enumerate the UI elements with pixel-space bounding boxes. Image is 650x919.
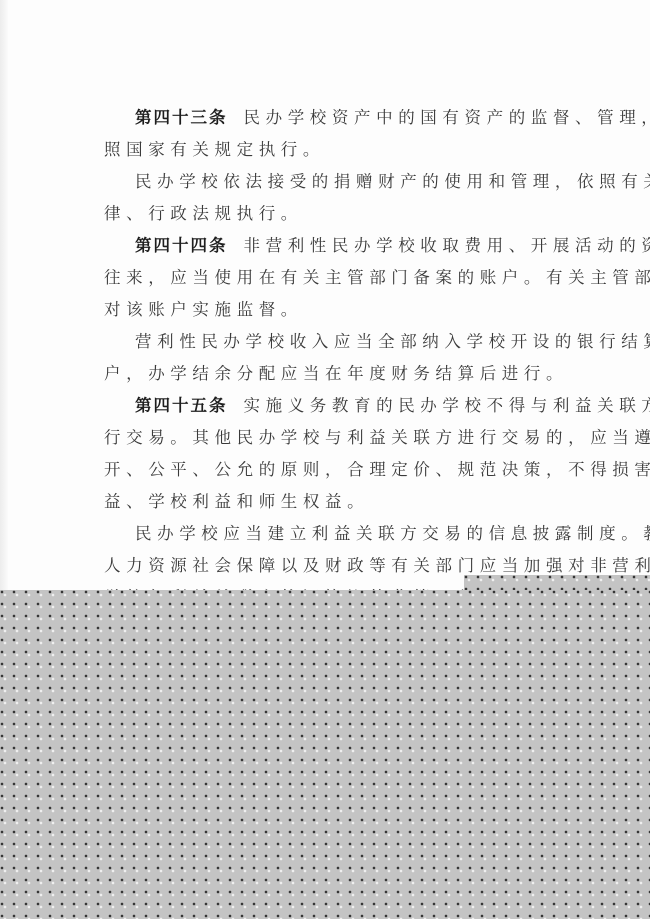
paragraph-line: 益、学校利益和师生权益。: [104, 492, 369, 512]
article-paragraph-line: 第四十三条民办学校资产中的国有资产的监督、管理，按: [135, 108, 650, 128]
line-text: 律、行政法规执行。: [104, 204, 303, 223]
paragraph-line: 营利性民办学校收入应当全部纳入学校开设的银行结算账: [135, 332, 650, 352]
paragraph-line: 照国家有关规定执行。: [104, 140, 325, 160]
article-number: 第四十四条: [135, 236, 228, 255]
line-text: 往来，应当使用在有关主管部门备案的账户。有关主管部门应当: [104, 268, 650, 287]
line-text: 民办学校依法接受的捐赠财产的使用和管理，依照有关法: [135, 172, 650, 191]
line-text: 益、学校利益和师生权益。: [104, 492, 369, 511]
article-number: 第四十三条: [135, 108, 228, 127]
transparency-mask-notch: [464, 575, 650, 591]
line-text: 民办学校应当建立利益关联方交易的信息披露制度。教育、: [135, 524, 650, 543]
paragraph-line: 户，办学结余分配应当在年度财务结算后进行。: [104, 364, 568, 384]
article-paragraph-line: 第四十四条非营利性民办学校收取费用、开展活动的资金: [135, 236, 650, 256]
paragraph-line: 民办学校依法接受的捐赠财产的使用和管理，依照有关法: [135, 172, 650, 192]
transparency-mask: [0, 590, 650, 919]
line-text: 非营利性民办学校收取费用、开展活动的资金: [244, 236, 650, 255]
paragraph-line: 往来，应当使用在有关主管部门备案的账户。有关主管部门应当: [104, 268, 650, 288]
line-text: 照国家有关规定执行。: [104, 140, 325, 159]
paragraph-line: 人力资源社会保障以及财政等有关部门应当加强对非营利性民办: [104, 556, 650, 576]
line-text: 民办学校资产中的国有资产的监督、管理，按: [244, 108, 650, 127]
article-number: 第四十五条: [135, 396, 228, 415]
line-text: 开、公平、公允的原则，合理定价、规范决策，不得损害国家利: [104, 460, 650, 479]
article-paragraph-line: 第四十五条实施义务教育的民办学校不得与利益关联方进: [135, 396, 650, 416]
line-text: 营利性民办学校收入应当全部纳入学校开设的银行结算账: [135, 332, 650, 351]
paragraph-line: 对该账户实施监督。: [104, 300, 303, 320]
line-text: 人力资源社会保障以及财政等有关部门应当加强对非营利性民办: [104, 556, 650, 575]
paragraph-line: 律、行政法规执行。: [104, 204, 303, 224]
paragraph-line: 开、公平、公允的原则，合理定价、规范决策，不得损害国家利: [104, 460, 650, 480]
paragraph-line: 行交易。其他民办学校与利益关联方进行交易的，应当遵循公: [104, 428, 650, 448]
document-page: 第四十三条民办学校资产中的国有资产的监督、管理，按照国家有关规定执行。民办学校依…: [0, 0, 650, 919]
line-text: 行交易。其他民办学校与利益关联方进行交易的，应当遵循公: [104, 428, 650, 447]
paragraph-line: 民办学校应当建立利益关联方交易的信息披露制度。教育、: [135, 524, 650, 544]
line-text: 户，办学结余分配应当在年度财务结算后进行。: [104, 364, 568, 383]
line-text: 实施义务教育的民办学校不得与利益关联方进: [244, 396, 650, 415]
line-text: 对该账户实施监督。: [104, 300, 303, 319]
